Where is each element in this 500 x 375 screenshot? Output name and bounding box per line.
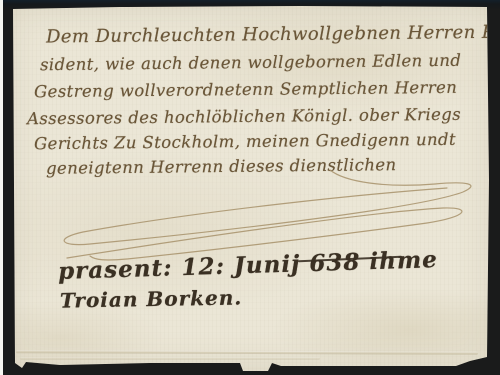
address-line-3: Gestreng wollverordnetenn Semptlichen He… xyxy=(34,78,457,101)
address-line-4: Assessores des hochlöblichen Königl. obe… xyxy=(27,105,461,129)
address-line-2: sident, wie auch denen wollgebornen Edle… xyxy=(40,51,462,74)
fold-crease-secondary xyxy=(20,357,320,360)
address-line-5: Gerichts Zu Stockholm, meinen Gnedigenn … xyxy=(34,130,456,153)
fold-crease xyxy=(16,350,478,355)
letter-paper: Dem Durchleuchten Hochwollgebnen Herren … xyxy=(0,0,500,375)
photo-edge-strip xyxy=(0,0,3,375)
address-line-1: Dem Durchleuchten Hochwollgebnen Herren … xyxy=(46,22,500,48)
letter-photograph: Dem Durchleuchten Hochwollgebnen Herren … xyxy=(0,0,500,375)
docket-name-line: Troian Borken. xyxy=(60,285,243,312)
